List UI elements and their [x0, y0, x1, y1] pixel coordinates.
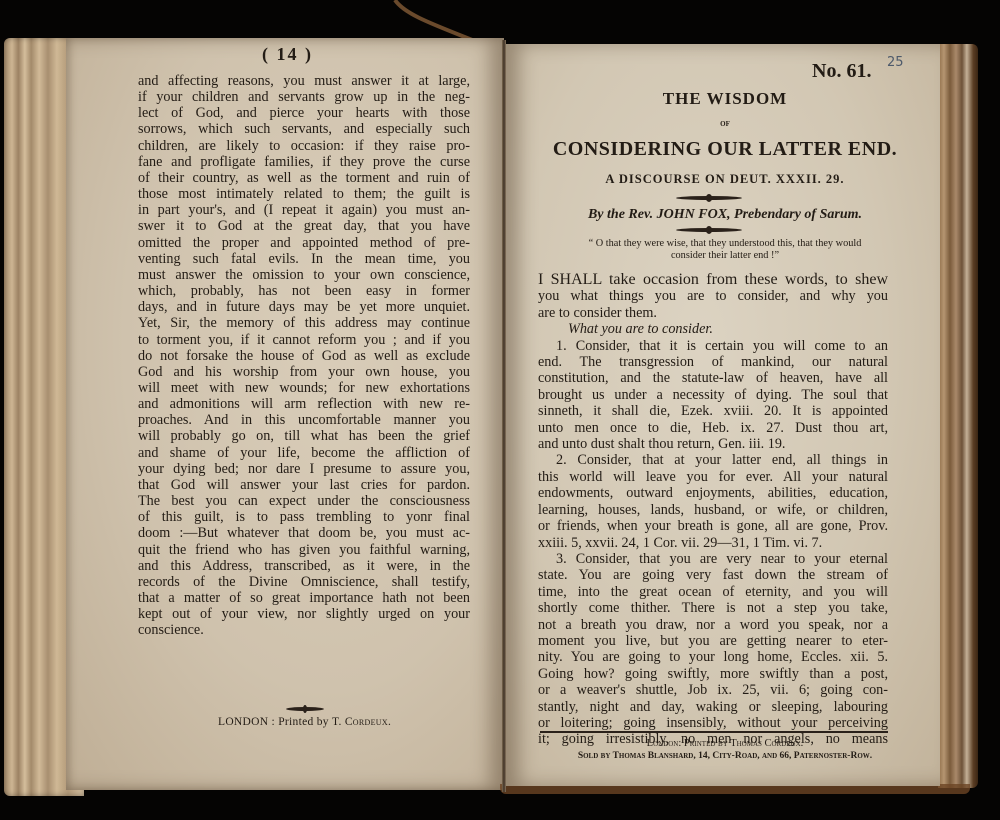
text-line: What you are to consider.: [538, 321, 888, 337]
text-line: and affecting reasons, you must answer i…: [138, 73, 470, 89]
book-gutter: [502, 40, 506, 792]
text-line: must answer the omission to your own con…: [138, 267, 470, 283]
text-line: in part your's, and (I repeat it again) …: [138, 202, 470, 218]
text-line: those most intimately related to them; t…: [138, 186, 470, 202]
text-line: constitution, and the statute-law of hea…: [538, 370, 888, 386]
text-line: swer it to God at the great day, that yo…: [138, 218, 470, 234]
text-line: unto men once to die, Heb. ix. 27. Dust …: [538, 420, 888, 436]
text-line: 3. Consider, that you are very near to y…: [538, 551, 888, 567]
text-line: stantly, night and day, waking or sleepi…: [538, 699, 888, 715]
text-line: venting such fatal evils. In the mean ti…: [138, 251, 470, 267]
text-line: sinneth, it shall die, Ezek. xviii. 20. …: [538, 403, 888, 419]
text-line: 2. Consider, that at your latter end, al…: [538, 452, 888, 468]
left-imprint: LONDON : Printed by T. Cordeux.: [218, 716, 391, 728]
epigraph-line-2: consider their latter end !”: [540, 250, 910, 262]
byline: By the Rev. JOHN FOX, Prebendary of Saru…: [530, 207, 920, 223]
text-line: endowments, outward enjoyments, abilitie…: [538, 485, 888, 501]
text-line: will probably go on, till what has been …: [138, 428, 470, 444]
text-line: proaches. And in this uncomfortable mann…: [138, 412, 470, 428]
text-line: which, probably, has not been easy in fo…: [138, 283, 470, 299]
ornament-divider: [676, 228, 742, 232]
text-line: time, into the great ocean of eternity, …: [538, 584, 888, 600]
text-line: that a matter of so great importance hat…: [138, 590, 470, 606]
text-line: learning, houses, lands, husband, or wif…: [538, 502, 888, 518]
right-page-edges: [938, 44, 978, 788]
title-line-1: THE WISDOM: [530, 89, 920, 109]
text-line: not a breath you draw, nor a word you sp…: [538, 617, 888, 633]
imprint-printed-by: Printed by: [278, 716, 329, 728]
text-line: xxiii. 5, xxvii. 24, 1 Cor. vii. 29—31, …: [538, 535, 888, 551]
text-line: this world will leave you for ever. All …: [538, 469, 888, 485]
text-line: state. You are going very fast down the …: [538, 567, 888, 583]
ornament-divider: [286, 707, 324, 711]
title-line-2: CONSIDERING OUR LATTER END.: [530, 138, 920, 161]
text-line: I SHALL take occasion from these words, …: [538, 272, 888, 288]
imprint-printer: T. Cordeux.: [332, 716, 391, 728]
text-line: or loitering; going insensibly, without …: [538, 715, 888, 731]
text-line: kept out of your view, nor slightly urge…: [138, 606, 470, 622]
text-line: doom :—But whatever that doom be, you mu…: [138, 525, 470, 541]
text-line: Going how? going swiftly, more swiftly t…: [538, 666, 888, 682]
text-line: 1. Consider, that it is certain you will…: [538, 338, 888, 354]
text-line: of their country, as well as the torment…: [138, 170, 470, 186]
text-line: that God will answer your last cries for…: [138, 477, 470, 493]
right-imprint-line-2: Sold by Thomas Blanshard, 14, City-Road,…: [530, 751, 920, 761]
issue-number: No. 61.: [812, 60, 871, 83]
text-line: children, are likely to occasion: if the…: [138, 138, 470, 154]
pencil-annotation: 25: [887, 55, 904, 70]
text-line: days, and in future days may be yet more…: [138, 299, 470, 315]
subtitle: A DISCOURSE ON DEUT. XXXII. 29.: [530, 172, 920, 187]
text-line: and this Address, transcribed, as it wer…: [138, 558, 470, 574]
epigraph-line-1: “ O that they were wise, that they under…: [540, 238, 910, 250]
text-line: your dying bed; nor dare I presume to as…: [138, 461, 470, 477]
text-line: brought us under a necessity of dying. T…: [538, 387, 888, 403]
right-page-body: I SHALL take occasion from these words, …: [538, 272, 888, 748]
text-line: fane and profligate families, if they pr…: [138, 154, 470, 170]
text-line: if your children and servants grow up in…: [138, 89, 470, 105]
text-line: end. The transgression of mankind, our n…: [538, 354, 888, 370]
text-line: are to consider them.: [538, 305, 888, 321]
footer-rule: [540, 731, 888, 733]
ornament-divider: [676, 196, 742, 200]
text-line: The best you can expect under the consci…: [138, 493, 470, 509]
text-line: records of the Divine Omniscience, shall…: [138, 574, 470, 590]
text-line: sorrows, which such servants, and especi…: [138, 121, 470, 137]
text-line: moment you live, but you are getting nea…: [538, 633, 888, 649]
text-line: God and his worship from your own house,…: [138, 364, 470, 380]
text-line: Yet, Sir, the memory of this address may…: [138, 315, 470, 331]
text-line: or friends, when your breath is gone, al…: [538, 518, 888, 534]
text-line: shortly come thither. There is not a ste…: [538, 600, 888, 616]
text-line: nity. You are going to your long home, E…: [538, 649, 888, 665]
text-line: and admonitions will arm reflection with…: [138, 396, 470, 412]
text-line: and unto dust shalt thou return, Gen. ii…: [538, 436, 888, 452]
text-line: omitted the proper and appointed method …: [138, 235, 470, 251]
text-line: or a weaver's shuttle, Job ix. 25, vii. …: [538, 682, 888, 698]
page-number: ( 14 ): [262, 44, 313, 65]
text-line: and shame of your life, become the affli…: [138, 445, 470, 461]
epigraph: “ O that they were wise, that they under…: [540, 238, 910, 262]
text-line: you what things you are to consider, and…: [538, 288, 888, 304]
text-line: conscience.: [138, 622, 470, 638]
text-line: do not forsake the house of God as well …: [138, 348, 470, 364]
title-of: OF: [530, 120, 920, 128]
left-page-body: and affecting reasons, you must answer i…: [138, 73, 470, 638]
text-line: to torment you, if it cannot reform you …: [138, 332, 470, 348]
text-line: of this guilt, is to pass trembling to y…: [138, 509, 470, 525]
text-line: quit the friend who has given you faithf…: [138, 542, 470, 558]
text-line: will meet with new wounds; for new exhor…: [138, 380, 470, 396]
text-line: lect of God, and pierce your hearts with…: [138, 105, 470, 121]
right-imprint-line-1: London: Printed by Thomas Cordeux.: [530, 738, 920, 749]
imprint-city: LONDON :: [218, 716, 275, 728]
